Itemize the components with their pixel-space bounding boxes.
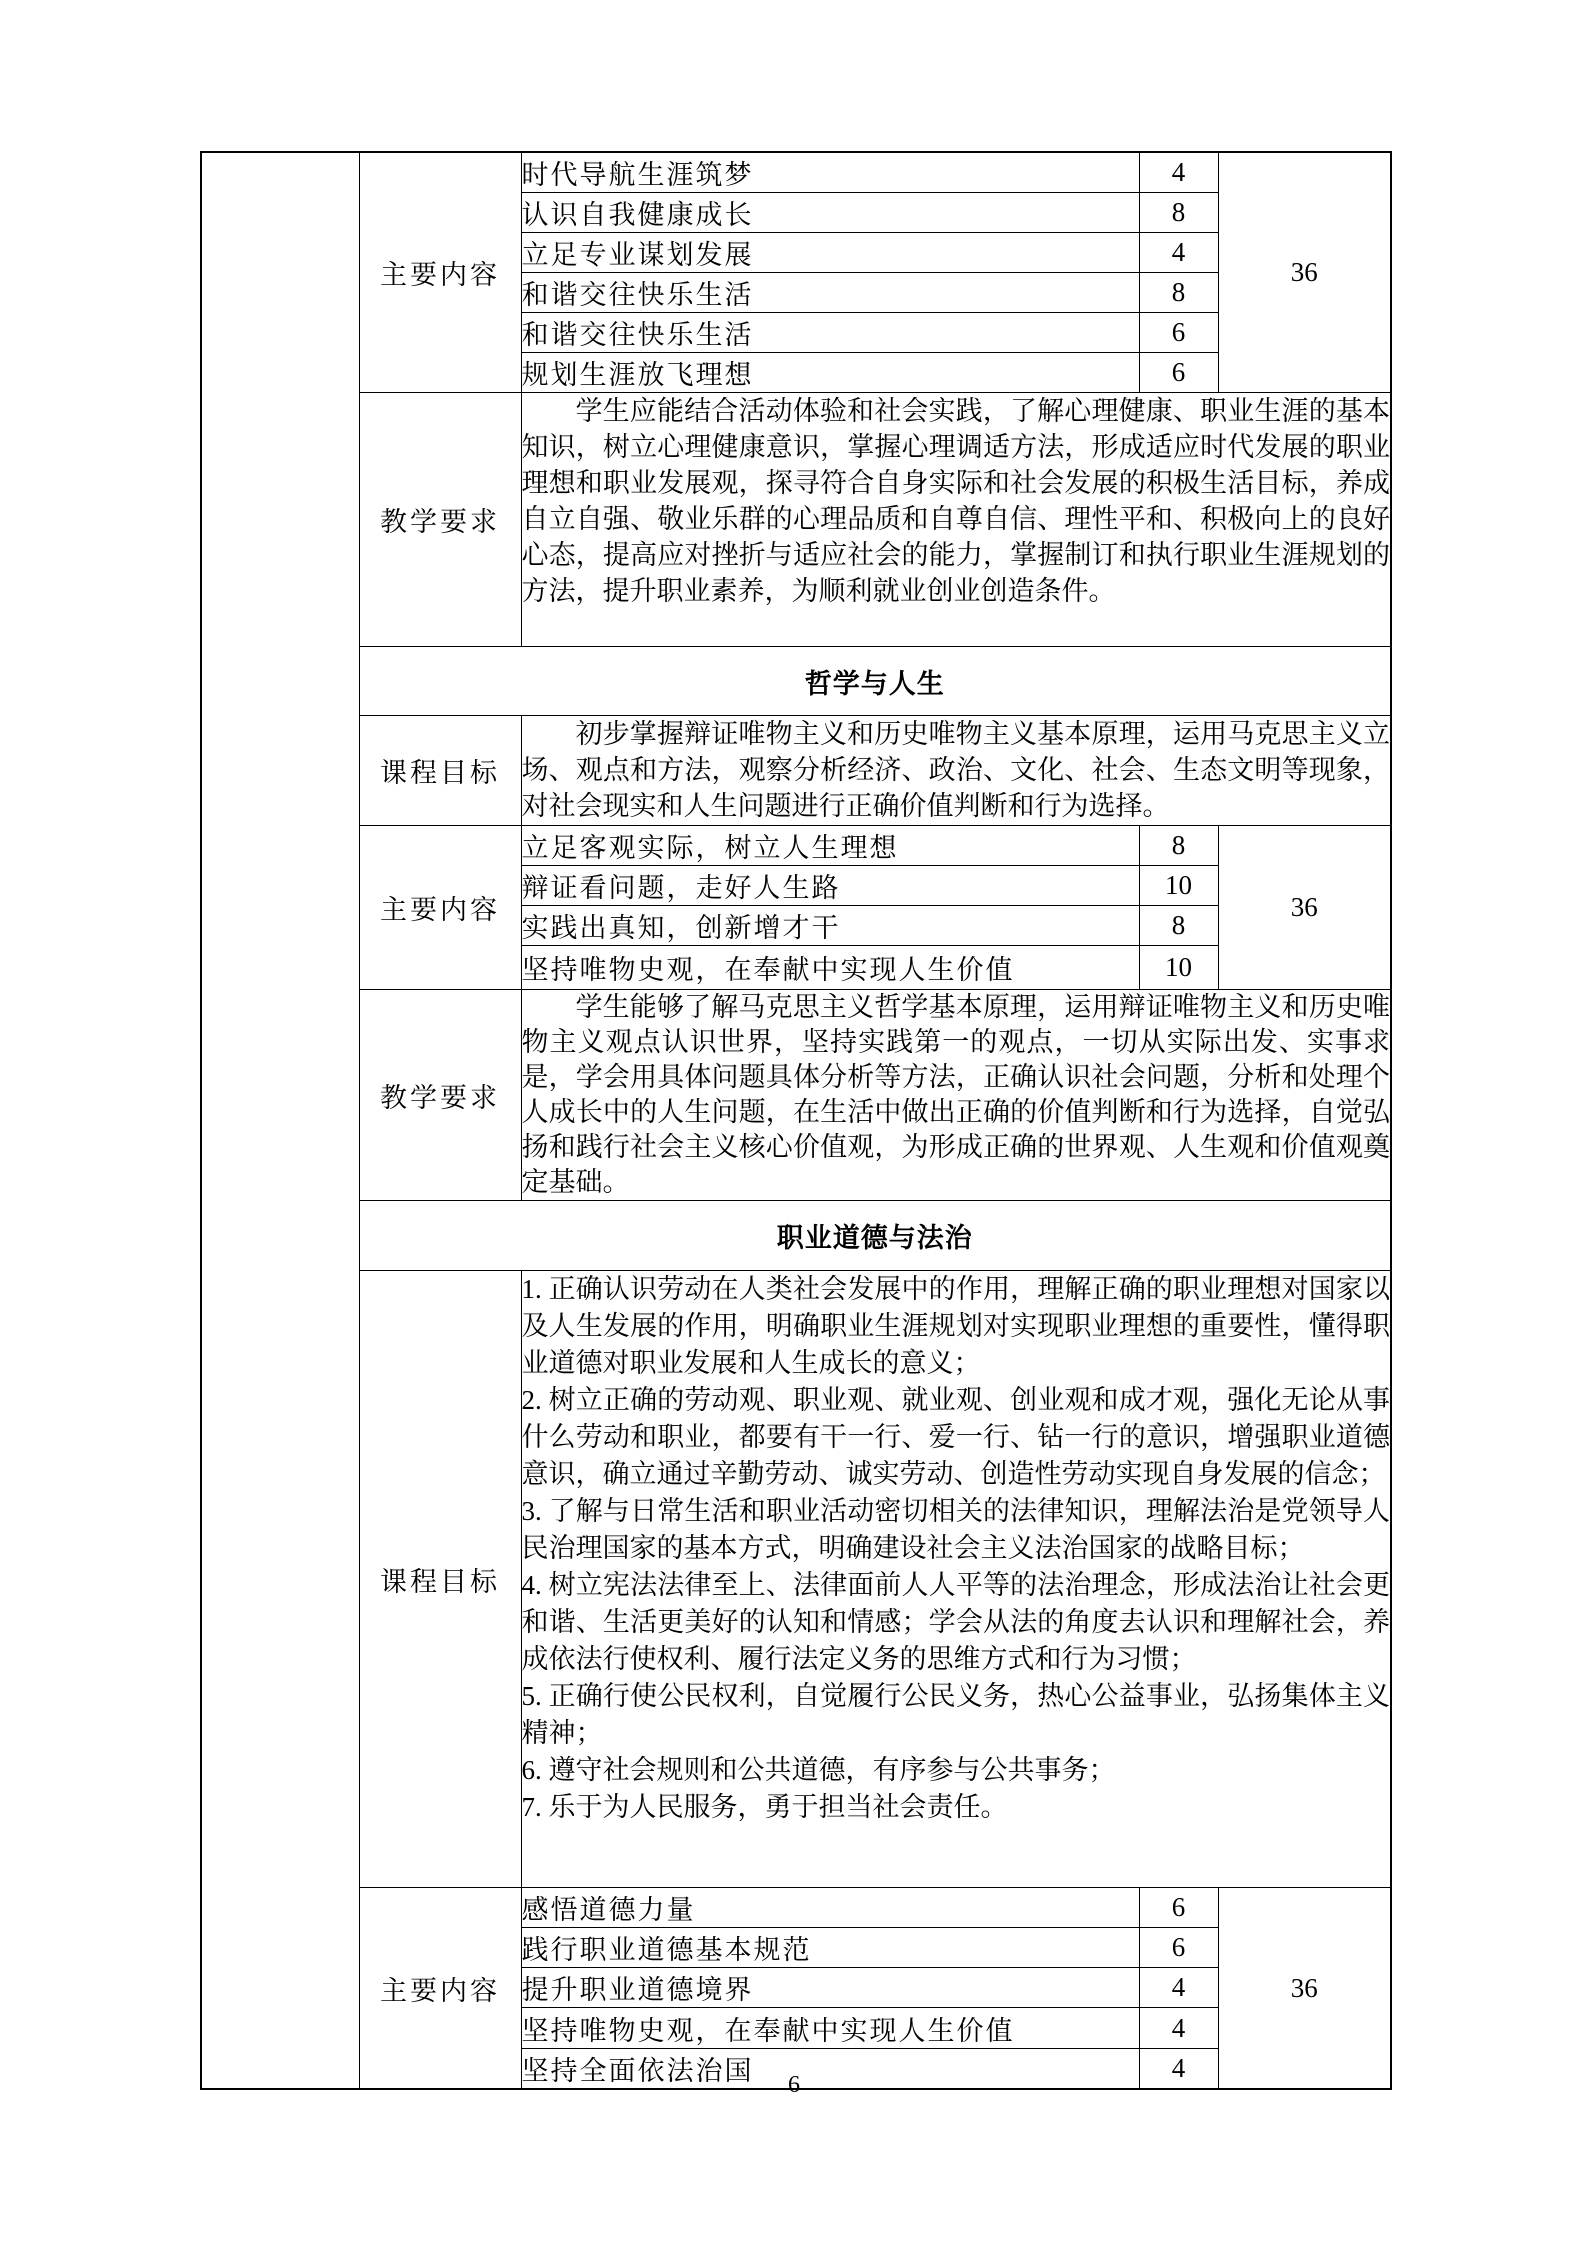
course2-row-hours: 8: [1139, 826, 1218, 866]
table-row: 哲学与人生: [201, 647, 1391, 716]
course3-objective-item: 6. 遵守社会规则和公共道德，有序参与公共事务；: [522, 1752, 1391, 1789]
course3-main-content-label: 主要内容: [359, 1888, 521, 2090]
course2-main-content-label: 主要内容: [359, 826, 521, 990]
course3-row-title: 感悟道德力量: [521, 1888, 1139, 1928]
course3-row-hours: 6: [1139, 1888, 1218, 1928]
course3-total-hours: 36: [1218, 1888, 1391, 2090]
course1-row-hours: 6: [1139, 353, 1218, 393]
course3-row-title: 提升职业道德境界: [521, 1968, 1139, 2008]
course3-objective-list-cell: 1. 正确认识劳动在人类社会发展中的作用，理解正确的职业理想对国家以及人生发展的…: [521, 1271, 1391, 1888]
course3-objective-item: 3. 了解与日常生活和职业活动密切相关的法律知识，理解法治是党领导人民治理国家的…: [522, 1493, 1391, 1567]
course3-objective-item: 7. 乐于为人民服务，勇于担当社会责任。: [522, 1789, 1391, 1826]
course2-objective-text-cell: 初步掌握辩证唯物主义和历史唯物主义基本原理，运用马克思主义立场、观点和方法，观察…: [521, 716, 1391, 826]
course2-row-hours: 10: [1139, 866, 1218, 906]
course3-objective-item: 5. 正确行使公民权利，自觉履行公民义务，热心公益事业，弘扬集体主义精神；: [522, 1678, 1391, 1752]
table-row: 课程目标 1. 正确认识劳动在人类社会发展中的作用，理解正确的职业理想对国家以及…: [201, 1271, 1391, 1888]
course2-row-hours: 10: [1139, 946, 1218, 990]
course2-section-title: 哲学与人生: [359, 647, 1391, 716]
course3-section-title: 职业道德与法治: [359, 1201, 1391, 1271]
course2-teaching-text-cell: 学生能够了解马克思主义哲学基本原理，运用辩证唯物主义和历史唯物主义观点认识世界，…: [521, 990, 1391, 1201]
course1-row-hours: 8: [1139, 193, 1218, 233]
course1-teaching-text: 学生应能结合活动体验和社会实践，了解心理健康、职业生涯的基本知识，树立心理健康意…: [522, 393, 1391, 609]
curriculum-table: 主要内容 时代导航生涯筑梦 4 36 认识自我健康成长 8 立足专业谋划发展 4…: [200, 151, 1392, 2090]
course3-objective-item: 1. 正确认识劳动在人类社会发展中的作用，理解正确的职业理想对国家以及人生发展的…: [522, 1271, 1391, 1382]
course2-row-hours: 8: [1139, 906, 1218, 946]
course1-row-title: 认识自我健康成长: [521, 193, 1139, 233]
table-row: 主要内容 时代导航生涯筑梦 4 36: [201, 152, 1391, 193]
course3-objective-item: 4. 树立宪法法律至上、法律面前人人平等的法治理念，形成法治让社会更和谐、生活更…: [522, 1567, 1391, 1678]
course1-total-hours: 36: [1218, 152, 1391, 393]
course1-main-content-label: 主要内容: [359, 152, 521, 393]
course2-total-hours: 36: [1218, 826, 1391, 990]
category-column-empty-cell: [201, 152, 359, 2089]
course3-row-hours: 4: [1139, 2008, 1218, 2049]
course1-row-title: 和谐交往快乐生活: [521, 313, 1139, 353]
course1-row-title: 和谐交往快乐生活: [521, 273, 1139, 313]
course2-row-title: 辩证看问题，走好人生路: [521, 866, 1139, 906]
course1-row-hours: 4: [1139, 152, 1218, 193]
table-row: 主要内容 立足客观实际，树立人生理想 8 36: [201, 826, 1391, 866]
course2-teaching-text: 学生能够了解马克思主义哲学基本原理，运用辩证唯物主义和历史唯物主义观点认识世界，…: [522, 990, 1391, 1200]
course3-objective-item: 2. 树立正确的劳动观、职业观、就业观、创业观和成才观，强化无论从事什么劳动和职…: [522, 1382, 1391, 1493]
course1-teaching-text-cell: 学生应能结合活动体验和社会实践，了解心理健康、职业生涯的基本知识，树立心理健康意…: [521, 393, 1391, 647]
page-number: 6: [0, 2072, 1588, 2099]
course2-row-title: 坚持唯物史观，在奉献中实现人生价值: [521, 946, 1139, 990]
table-row: 课程目标 初步掌握辩证唯物主义和历史唯物主义基本原理，运用马克思主义立场、观点和…: [201, 716, 1391, 826]
course3-row-title: 践行职业道德基本规范: [521, 1928, 1139, 1968]
course1-row-title: 时代导航生涯筑梦: [521, 152, 1139, 193]
course1-row-title: 立足专业谋划发展: [521, 233, 1139, 273]
course2-row-title: 实践出真知，创新增才干: [521, 906, 1139, 946]
table-row: 教学要求 学生应能结合活动体验和社会实践，了解心理健康、职业生涯的基本知识，树立…: [201, 393, 1391, 647]
course2-objective-label: 课程目标: [359, 716, 521, 826]
course3-row-title: 坚持唯物史观，在奉献中实现人生价值: [521, 2008, 1139, 2049]
course2-objective-text: 初步掌握辩证唯物主义和历史唯物主义基本原理，运用马克思主义立场、观点和方法，观察…: [522, 716, 1391, 824]
course1-row-title: 规划生涯放飞理想: [521, 353, 1139, 393]
course3-row-hours: 4: [1139, 1968, 1218, 2008]
course1-teaching-label: 教学要求: [359, 393, 521, 647]
table-row: 职业道德与法治: [201, 1201, 1391, 1271]
table-row: 主要内容 感悟道德力量 6 36: [201, 1888, 1391, 1928]
course1-row-hours: 8: [1139, 273, 1218, 313]
course1-row-hours: 6: [1139, 313, 1218, 353]
course2-row-title: 立足客观实际，树立人生理想: [521, 826, 1139, 866]
table-row: 教学要求 学生能够了解马克思主义哲学基本原理，运用辩证唯物主义和历史唯物主义观点…: [201, 990, 1391, 1201]
course3-row-hours: 6: [1139, 1928, 1218, 1968]
course3-objective-label: 课程目标: [359, 1271, 521, 1888]
course2-teaching-label: 教学要求: [359, 990, 521, 1201]
course1-row-hours: 4: [1139, 233, 1218, 273]
document-page: 主要内容 时代导航生涯筑梦 4 36 认识自我健康成长 8 立足专业谋划发展 4…: [0, 0, 1588, 2245]
